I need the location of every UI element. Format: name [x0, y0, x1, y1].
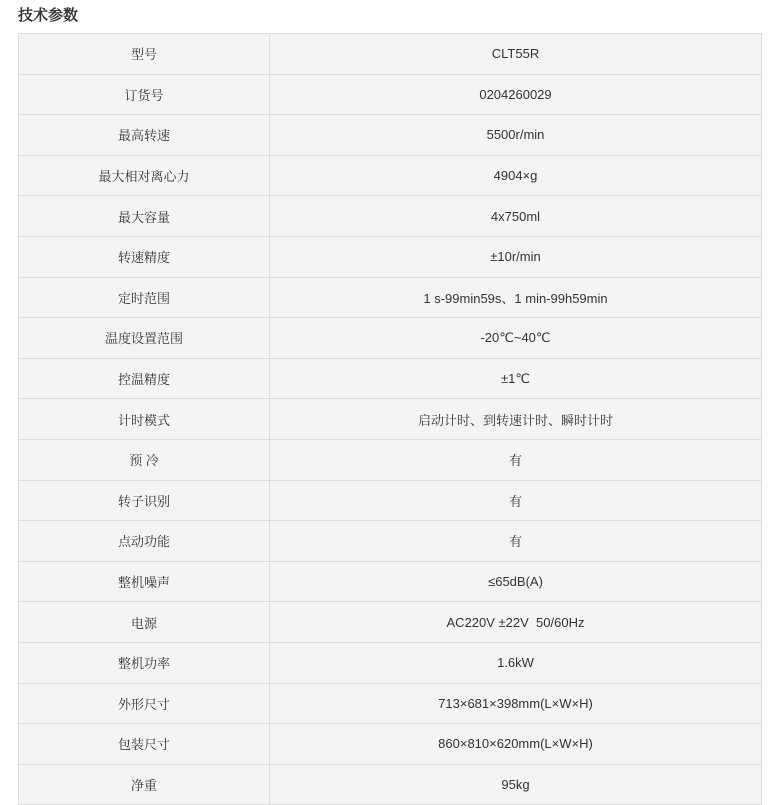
spec-value: 有: [270, 521, 762, 562]
spec-value: AC220V ±22V 50/60Hz: [270, 602, 762, 643]
spec-label: 点动功能: [19, 521, 270, 562]
spec-value: 5500r/min: [270, 115, 762, 156]
spec-table-body: 型号 CLT55R 订货号 0204260029 最高转速 5500r/min …: [19, 34, 762, 805]
spec-label: 温度设置范围: [19, 318, 270, 359]
spec-label: 计时模式: [19, 399, 270, 440]
spec-label: 最大容量: [19, 196, 270, 237]
spec-label: 转速精度: [19, 236, 270, 277]
spec-label: 整机噪声: [19, 561, 270, 602]
spec-label: 净重: [19, 764, 270, 805]
table-row-speed-accuracy: 转速精度 ±10r/min: [19, 236, 762, 277]
spec-value: 713×681×398mm(L×W×H): [270, 683, 762, 724]
spec-value: 有: [270, 480, 762, 521]
spec-label: 外形尺寸: [19, 683, 270, 724]
table-row-packing-dimensions: 包装尺寸 860×810×620mm(L×W×H): [19, 724, 762, 765]
table-row-model: 型号 CLT55R: [19, 34, 762, 75]
table-row-order-number: 订货号 0204260029: [19, 74, 762, 115]
page-title: 技术参数: [18, 7, 762, 24]
spec-label: 预 冷: [19, 439, 270, 480]
spec-label: 整机功率: [19, 642, 270, 683]
table-row-rotor-recognition: 转子识别 有: [19, 480, 762, 521]
spec-value: 启动计时、到转速计时、瞬时计时: [270, 399, 762, 440]
spec-value: 4904×g: [270, 155, 762, 196]
table-row-max-speed: 最高转速 5500r/min: [19, 115, 762, 156]
spec-value: -20℃~40℃: [270, 318, 762, 359]
spec-value: 有: [270, 439, 762, 480]
table-row-net-weight: 净重 95kg: [19, 764, 762, 805]
table-row-noise: 整机噪声 ≤65dB(A): [19, 561, 762, 602]
spec-table: 型号 CLT55R 订货号 0204260029 最高转速 5500r/min …: [18, 33, 762, 805]
spec-label: 最大相对离心力: [19, 155, 270, 196]
spec-value: 4x750ml: [270, 196, 762, 237]
spec-label: 电源: [19, 602, 270, 643]
spec-value: ≤65dB(A): [270, 561, 762, 602]
table-row-timing-mode: 计时模式 启动计时、到转速计时、瞬时计时: [19, 399, 762, 440]
table-row-jog-function: 点动功能 有: [19, 521, 762, 562]
spec-label: 控温精度: [19, 358, 270, 399]
table-row-timer-range: 定时范围 1 s-99min59s、1 min-99h59min: [19, 277, 762, 318]
table-row-max-capacity: 最大容量 4x750ml: [19, 196, 762, 237]
table-row-power: 整机功率 1.6kW: [19, 642, 762, 683]
table-row-dimensions: 外形尺寸 713×681×398mm(L×W×H): [19, 683, 762, 724]
spec-value: CLT55R: [270, 34, 762, 75]
table-row-precooling: 预 冷 有: [19, 439, 762, 480]
spec-label: 包装尺寸: [19, 724, 270, 765]
table-row-temp-accuracy: 控温精度 ±1℃: [19, 358, 762, 399]
table-row-power-supply: 电源 AC220V ±22V 50/60Hz: [19, 602, 762, 643]
spec-label: 订货号: [19, 74, 270, 115]
page: 技术参数 型号 CLT55R 订货号 0204260029 最高转速 5500r…: [0, 0, 772, 805]
spec-value: 860×810×620mm(L×W×H): [270, 724, 762, 765]
spec-value: 0204260029: [270, 74, 762, 115]
spec-label: 最高转速: [19, 115, 270, 156]
spec-label: 转子识别: [19, 480, 270, 521]
spec-value: 1.6kW: [270, 642, 762, 683]
spec-value: ±10r/min: [270, 236, 762, 277]
spec-label: 型号: [19, 34, 270, 75]
spec-value: 1 s-99min59s、1 min-99h59min: [270, 277, 762, 318]
table-row-temp-range: 温度设置范围 -20℃~40℃: [19, 318, 762, 359]
spec-label: 定时范围: [19, 277, 270, 318]
spec-value: 95kg: [270, 764, 762, 805]
table-row-max-rcf: 最大相对离心力 4904×g: [19, 155, 762, 196]
spec-value: ±1℃: [270, 358, 762, 399]
